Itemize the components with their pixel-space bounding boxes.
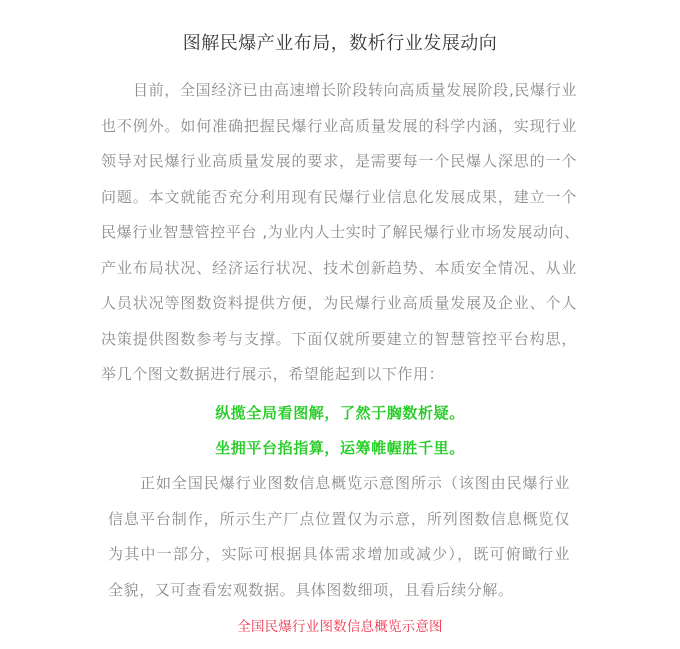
overview-paragraph: 正如全国民爆行业图数信息概览示意图所示（该图由民爆行业 信息平台制作，所示生产厂…	[108, 466, 570, 608]
paragraph-line: 民爆行业智慧管控平台 ,为业内人士实时了解民爆行业市场发展动向、	[101, 215, 577, 251]
highlight-slogan-1: 纵揽全局看图解，了然于胸数析疑。	[0, 402, 680, 424]
highlight-slogan-2: 坐拥平台掐指算，运筹帷幄胜千里。	[0, 437, 680, 459]
article-title: 图解民爆产业布局，数析行业发展动向	[0, 30, 680, 58]
paragraph-line: 决策提供图数参考与支撑。下面仅就所要建立的智慧管控平台构思，	[101, 322, 577, 358]
paragraph-line: 为其中一部分，实际可根据具体需求增加或减少），既可俯瞰行业	[108, 537, 570, 573]
paragraph-line: 领导对民爆行业高质量发展的要求，是需要每一个民爆人深思的一个	[101, 144, 577, 180]
paragraph-line: 产业布局状况、经济运行状况、技术创新趋势、本质安全情况、从业	[101, 251, 577, 287]
paragraph-line: 问题。本文就能否充分利用现有民爆行业信息化发展成果，建立一个	[101, 180, 577, 216]
intro-paragraph: 目前，全国经济已由高速增长阶段转向高质量发展阶段,民爆行业 也不例外。如何准确把…	[101, 73, 577, 393]
paragraph-line: 正如全国民爆行业图数信息概览示意图所示（该图由民爆行业	[108, 466, 570, 502]
figure-caption: 全国民爆行业图数信息概览示意图	[0, 617, 680, 637]
paragraph-line: 目前，全国经济已由高速增长阶段转向高质量发展阶段,民爆行业	[101, 73, 577, 109]
paragraph-line: 举几个图文数据进行展示，希望能起到以下作用：	[101, 357, 577, 393]
paragraph-line: 也不例外。如何准确把握民爆行业高质量发展的科学内涵，实现行业	[101, 109, 577, 145]
paragraph-line: 全貌，又可查看宏观数据。具体图数细项，且看后续分解。	[108, 573, 570, 609]
paragraph-line: 人员状况等图数资料提供方便，为民爆行业高质量发展及企业、个人	[101, 286, 577, 322]
paragraph-line: 信息平台制作，所示生产厂点位置仅为示意，所列图数信息概览仅	[108, 502, 570, 538]
